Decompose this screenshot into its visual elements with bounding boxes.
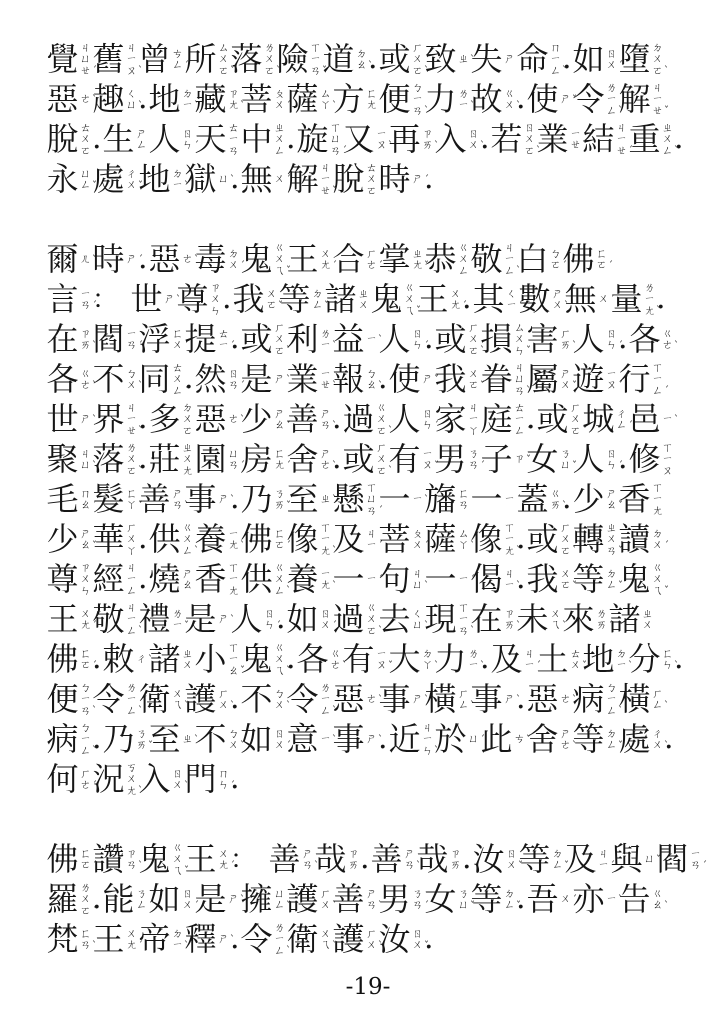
char-cell: 如ㄖㄨˊ	[286, 600, 332, 640]
hanzi: 敬	[470, 240, 503, 280]
hanzi: 中	[240, 120, 273, 160]
zhuyin-annotation: ㄖㄨˇ	[505, 840, 518, 878]
zhuyin-annotation: ㄧㄢˊ	[689, 840, 702, 878]
tone-mark: ˊ	[286, 176, 291, 186]
hanzi: 人	[572, 320, 605, 360]
zhuyin-letter: ㄛˋ	[366, 625, 377, 637]
tone-mark: ˇ	[572, 382, 577, 392]
zhuyin-annotation: ㄍㄨㄛˋ	[365, 600, 378, 638]
hanzi: 佛	[562, 240, 595, 280]
char-cell: 力ㄌㄧˋ	[434, 640, 480, 680]
zhuyin-letter: ㄛˊ	[596, 259, 607, 271]
char-cell: 此ㄘˇ	[480, 720, 526, 760]
zhuyin-letter: ㄥˋ	[606, 105, 617, 117]
zhuyin-letter: ㄠˇ	[274, 419, 285, 431]
char-cell: 像ㄒㄧㄤˋ	[470, 520, 516, 560]
hanzi: 門	[184, 760, 217, 800]
hanzi: 至	[148, 720, 181, 760]
tone-mark: ˇ	[424, 262, 429, 272]
char-cell: 入ㄖㄨˋ	[138, 760, 184, 800]
hanzi: 所	[184, 40, 217, 80]
char-cell: 禮ㄌㄧˇ	[138, 600, 184, 640]
zhuyin-letter: ㄚˋ	[422, 659, 433, 671]
hanzi: 邑	[628, 400, 661, 440]
zhuyin-annotation: ㄐㄧㄝˋ	[125, 400, 138, 438]
text-line: 羅ㄌㄨㄛˊ.能ㄋㄥˊ如ㄖㄨˊ是ㄕˋ擁ㄩㄥˇ護ㄏㄨˋ善ㄕㄢˋ男ㄋㄢˊ女ㄋㄩˇ等ㄉㄥ…	[46, 880, 690, 920]
zhuyin-letter: ㄥˇ	[552, 859, 563, 871]
char-cell: 薩ㄙㄚˋ	[424, 520, 470, 560]
zhuyin-annotation: ㄕㄠ	[181, 560, 194, 598]
char-cell: 天ㄊㄧㄢ	[194, 120, 240, 160]
tone-mark: ˊ	[562, 262, 567, 272]
zhuyin-letter: ㄥˋ	[126, 625, 137, 637]
char-cell: 中ㄓㄨㄥ	[240, 120, 286, 160]
zhuyin-letter: ㄢˋ	[320, 419, 331, 431]
hanzi: 無	[564, 280, 597, 320]
tone-mark: ˇ	[286, 667, 291, 677]
tone-mark: ˋ	[656, 307, 661, 317]
zhuyin-letter: ㄕˋ	[218, 613, 229, 625]
tone-mark: ˇ	[664, 107, 669, 117]
zhuyin-annotation: ㄓㄨ	[357, 280, 370, 318]
tone-mark: ˋ	[470, 542, 475, 552]
hanzi: 現	[424, 600, 457, 640]
char-cell: 各ㄍㄜˋ	[46, 360, 92, 400]
zhuyin-annotation: ㄅㄠˋ	[365, 360, 378, 398]
char-cell: 現ㄒㄧㄢˋ	[424, 600, 470, 640]
zhuyin-letter: ㄛˊ	[80, 905, 91, 917]
punctuation: .	[516, 80, 526, 118]
tone-mark: ˇ	[572, 462, 577, 472]
char-cell: 哉ㄗㄞ	[314, 840, 360, 880]
char-cell: 墮ㄉㄨㄛˋ	[618, 40, 664, 80]
zhuyin-annotation: ㄉㄨˊ	[651, 520, 664, 558]
zhuyin-annotation: ㄕㄥ	[135, 120, 148, 158]
zhuyin-letter: ㄥˊ	[652, 385, 663, 397]
zhuyin-annotation: ㄕˋ	[217, 920, 230, 958]
zhuyin-letter: ㄨˋ	[126, 379, 137, 391]
tone-mark: ˋ	[138, 707, 143, 717]
hanzi: 園	[194, 440, 227, 480]
char-cell: 有ㄧㄡˇ	[388, 440, 434, 480]
zhuyin-letter: ㄧˋ	[504, 579, 515, 591]
text-line: 病ㄅㄧㄥˋ.乃ㄋㄞˇ至ㄓˋ不ㄅㄨˋ如ㄖㄨˊ意ㄧˋ事ㄕˋ.近ㄐㄧㄣˋ於ㄩˊ此ㄘˇ舍…	[46, 720, 690, 760]
tone-mark: ˊ	[92, 502, 97, 512]
zhuyin-letter: ㄧˊ	[458, 573, 469, 585]
char-cell: 白ㄅㄛˊ	[516, 240, 562, 280]
char-cell: 害ㄏㄞˋ	[526, 320, 572, 360]
zhuyin-annotation: ㄐㄧˊ	[523, 640, 536, 678]
zhuyin-annotation: ㄐㄩˋ	[79, 440, 92, 478]
zhuyin-letter: ㄢˊ	[366, 505, 377, 517]
tone-mark: ˋ	[332, 382, 337, 392]
char-cell: 在ㄗㄞˋ	[46, 320, 92, 360]
tone-mark: ˋ	[664, 902, 669, 912]
char-cell: 能ㄋㄥˊ	[102, 880, 148, 920]
hanzi: 力	[434, 640, 467, 680]
char-cell: 子ㄗˇ	[480, 440, 526, 480]
zhuyin-letter: ㄤˊ	[320, 259, 331, 271]
char-cell: 業ㄧㄝˋ	[536, 120, 582, 160]
zhuyin-letter: ㄟˇ	[172, 865, 183, 877]
zhuyin-annotation: ㄕ	[503, 40, 516, 78]
char-cell: 或ㄏㄨㄛˋ	[526, 520, 572, 560]
hanzi: 多	[148, 400, 181, 440]
zhuyin-letter: ㄜˋ	[560, 739, 571, 751]
zhuyin-annotation: ㄉㄨˊ	[227, 240, 240, 278]
zhuyin-annotation: ㄧˋ	[319, 720, 332, 758]
hanzi: 意	[286, 720, 319, 760]
tone-mark: ˋ	[92, 942, 97, 952]
punctuation: .	[360, 840, 370, 878]
char-cell: 舍ㄕㄜˋ	[286, 440, 332, 480]
zhuyin-annotation: ㄍㄨㄟˇ	[273, 240, 286, 278]
zhuyin-letter: ㄢˊ	[228, 379, 239, 391]
zhuyin-annotation: ㄧˊ	[503, 480, 516, 518]
tone-mark: ˋ	[536, 147, 541, 157]
zhuyin-annotation: ㄐㄧㄝˇ	[651, 80, 664, 118]
char-cell: 世ㄕˋ	[130, 280, 176, 320]
zhuyin-annotation: ㄒㄧㄥˊ	[651, 360, 664, 398]
punctuation: .	[674, 640, 684, 678]
zhuyin-letter: ㄚ	[126, 545, 137, 557]
zhuyin-annotation: ㄍㄞˋ	[549, 480, 562, 518]
hanzi: 帝	[138, 920, 171, 960]
zhuyin-letter: ㄥˇ	[80, 179, 91, 191]
zhuyin-letter: ㄕˊ	[412, 173, 423, 185]
hanzi: 生	[102, 120, 135, 160]
zhuyin-annotation: ㄖㄢˊ	[227, 360, 240, 398]
tone-mark: ˊ	[230, 342, 235, 352]
zhuyin-annotation: ㄧㄤˋ	[227, 520, 240, 558]
zhuyin-annotation: ㄒㄧㄢˋ	[457, 600, 470, 638]
zhuyin-annotation: ㄏㄨㄛˋ	[569, 400, 582, 438]
text-line: 佛ㄈㄛˊ讚ㄗㄢˋ鬼ㄍㄨㄟˇ王ㄨㄤˊ：善ㄕㄢˋ哉ㄗㄞ.善ㄕㄢˋ哉ㄗㄞ.汝ㄖㄨˇ等ㄉ…	[46, 840, 690, 880]
zhuyin-annotation: ㄧˊ	[365, 560, 378, 598]
zhuyin-letter: ㄤˇ	[412, 259, 423, 271]
hanzi: 時	[378, 160, 411, 200]
tone-mark: ˊ	[378, 542, 383, 552]
char-cell: 少ㄕㄠˇ	[46, 520, 92, 560]
zhuyin-annotation: ㄧㄤˋ	[319, 560, 332, 598]
zhuyin-letter: ㄥˊ	[514, 425, 525, 437]
zhuyin-annotation: ㄏㄨㄛˋ	[467, 320, 480, 358]
zhuyin-annotation: ㄕˋ	[79, 400, 92, 438]
zhuyin-annotation: ㄏㄨㄛˋ	[273, 320, 286, 358]
hanzi: 浮	[138, 320, 171, 360]
char-cell: 家ㄐㄧㄚ	[434, 400, 480, 440]
zhuyin-annotation: ㄖㄨㄛˋ	[523, 120, 536, 158]
tone-mark: ˊ	[342, 147, 347, 157]
hanzi: 一	[470, 480, 503, 520]
hanzi: 恭	[424, 240, 457, 280]
tone-mark: ˋ	[378, 902, 383, 912]
zhuyin-letter: ㄩˇ	[644, 853, 655, 865]
zhuyin-annotation: ㄓㄨㄤ	[181, 440, 194, 478]
zhuyin-annotation: ㄑㄩˋ	[125, 80, 138, 118]
tone-mark: ˊ	[480, 462, 485, 472]
hanzi: 是	[194, 880, 227, 920]
tone-mark: ˊ	[434, 422, 439, 432]
char-cell: 王ㄨㄤˊ	[416, 280, 462, 320]
hanzi: 華	[92, 520, 125, 560]
punctuation: .	[286, 120, 296, 158]
zhuyin-letter: ㄟˋ	[320, 939, 331, 951]
tone-mark: ˊ	[184, 62, 189, 72]
hanzi: 羅	[46, 880, 79, 920]
zhuyin-annotation: ㄧˋ	[605, 880, 618, 918]
hanzi: 莊	[148, 440, 181, 480]
tone-mark: ˋ	[572, 742, 577, 752]
tone-mark: ˋ	[424, 622, 429, 632]
zhuyin-annotation: ㄐㄧㄥˋ	[125, 600, 138, 638]
zhuyin-letter: ㄚ	[468, 425, 479, 437]
zhuyin-letter: ㄜˋ	[330, 659, 341, 671]
zhuyin-annotation: ㄊㄧㄢ	[227, 120, 240, 158]
tone-mark: ˇ	[424, 942, 429, 952]
zhuyin-letter: ㄘˇ	[514, 733, 525, 745]
zhuyin-letter: ㄠˇ	[80, 539, 91, 551]
char-cell: 佛ㄈㄛˊ	[562, 240, 608, 280]
char-cell: 王ㄨㄤˊ	[184, 840, 230, 880]
char-cell: 鬼ㄍㄨㄟˇ	[240, 240, 286, 280]
zhuyin-annotation: ㄧˋ	[661, 400, 674, 438]
zhuyin-annotation: ㄨˊ	[597, 280, 610, 318]
char-cell: 意ㄧˋ	[286, 720, 332, 760]
zhuyin-annotation: ㄓㄨㄥˋ	[661, 120, 674, 158]
zhuyin-letter: ㄤˋ	[320, 545, 331, 557]
char-cell: 數ㄕㄨˋ	[518, 280, 564, 320]
char-cell: 險ㄒㄧㄢˇ	[276, 40, 322, 80]
zhuyin-letter: ㄝˇ	[320, 185, 331, 197]
char-cell: 像ㄒㄧㄤˋ	[286, 520, 332, 560]
tone-mark: ˋ	[674, 342, 679, 352]
zhuyin-letter: ㄢˊ	[468, 459, 479, 471]
tone-mark: ˋ	[138, 67, 143, 77]
char-cell: 男ㄋㄢˊ	[378, 880, 424, 920]
zhuyin-annotation: ㄋㄩˇ	[457, 880, 470, 918]
tone-mark: ˋ	[332, 102, 337, 112]
char-cell: 護ㄏㄨˋ	[184, 680, 230, 720]
text-line: 各ㄍㄜˋ不ㄅㄨˋ同ㄊㄨㄥˊ.然ㄖㄢˊ是ㄕˋ業ㄧㄝˋ報ㄅㄠˋ.使ㄕˇ我ㄨㄛˇ眷ㄐㄩ…	[46, 360, 690, 400]
char-cell: 善ㄕㄢˋ	[332, 880, 378, 920]
hanzi: 獄	[184, 160, 217, 200]
zhuyin-letter: ㄤˋ	[504, 545, 515, 557]
zhuyin-letter: ㄜˋ	[662, 339, 673, 351]
zhuyin-letter: ㄧˊ	[598, 859, 609, 871]
char-cell: 眷ㄐㄩㄢˋ	[480, 360, 526, 400]
tone-mark: ˋ	[516, 267, 521, 277]
tone-mark: ˋ	[138, 627, 143, 637]
hanzi: 汝	[472, 840, 505, 880]
tone-mark: ˋ	[674, 416, 679, 426]
zhuyin-letter: ㄣˇ	[514, 345, 525, 357]
char-cell: 恭ㄍㄨㄥ	[424, 240, 470, 280]
text-line: 便ㄅㄧㄢˋ令ㄌㄧㄥˋ衛ㄨㄟˋ護ㄏㄨˋ.不ㄅㄨˋ令ㄌㄧㄥˋ惡ㄜˋ事ㄕˋ橫ㄏㄥˋ事ㄕ…	[46, 680, 690, 720]
tone-mark: ˇ	[582, 662, 587, 672]
hanzi: 未	[516, 600, 549, 640]
zhuyin-annotation: ㄕㄢˋ	[365, 880, 378, 918]
tone-mark: ˇ	[526, 736, 531, 746]
zhuyin-annotation: ㄉㄥˇ	[605, 560, 618, 598]
hanzi: 與	[610, 840, 643, 880]
tone-mark: ˋ	[664, 67, 669, 77]
zhuyin-annotation: ㄐㄩㄢˋ	[513, 360, 526, 398]
char-cell: 敬ㄐㄧㄥˋ	[470, 240, 516, 280]
zhuyin-letter: ㄨˋ	[468, 139, 479, 151]
hanzi: 等	[278, 280, 311, 320]
zhuyin-annotation: ㄌㄞˊ	[595, 600, 608, 638]
hanzi: 使	[388, 360, 421, 400]
hanzi: 事	[470, 680, 503, 720]
zhuyin-letter: ㄨˋ	[218, 699, 229, 711]
hanzi: 家	[434, 400, 467, 440]
zhuyin-letter: ㄣˋ	[662, 659, 673, 671]
zhuyin-annotation: ㄏㄞˋ	[559, 320, 572, 358]
zhuyin-annotation: ㄅㄧㄢˋ	[79, 680, 92, 718]
zhuyin-letter: ㄤˊ	[218, 859, 229, 871]
tone-mark: ˋ	[332, 707, 337, 717]
spacer	[250, 854, 268, 855]
char-cell: 世ㄕˋ	[46, 400, 92, 440]
zhuyin-letter: ㄩˋ	[412, 579, 423, 591]
zhuyin-annotation: ㄉㄧˋ	[171, 160, 184, 198]
char-cell: 護ㄏㄨˋ	[332, 920, 378, 960]
tone-mark: ˊ	[286, 102, 291, 112]
tone-mark: ˊ	[138, 942, 143, 952]
text-line: 王ㄨㄤˊ敬ㄐㄧㄥˋ禮ㄌㄧˇ是ㄕˋ人ㄖㄣˊ.如ㄖㄨˊ過ㄍㄨㄛˋ去ㄑㄩˋ現ㄒㄧㄢˋ在…	[46, 600, 690, 640]
punctuation: .	[378, 360, 388, 398]
char-cell: 業ㄧㄝˋ	[286, 360, 332, 400]
zhuyin-annotation: ㄧㄡˇ	[375, 640, 388, 678]
zhuyin-letter: ㄛˊ	[80, 859, 91, 871]
char-cell: 羅ㄌㄨㄛˊ	[46, 880, 92, 920]
zhuyin-letter: ㄟˇ	[274, 665, 285, 677]
tone-mark: ˊ	[230, 862, 235, 872]
char-cell: 懸ㄒㄩㄢˊ	[332, 480, 378, 520]
zhuyin-letter: ㄜˋ	[182, 253, 193, 265]
zhuyin-letter: ㄛˋ	[412, 65, 423, 77]
tone-mark: ˋ	[526, 387, 531, 397]
zhuyin-letter: ㄛˋ	[652, 65, 663, 77]
hanzi: 等	[470, 880, 503, 920]
tone-mark: ˋ	[332, 582, 337, 592]
zhuyin-letter: ㄛˇ	[560, 579, 571, 591]
zhuyin-annotation: ㄈㄢˋ	[79, 920, 92, 958]
zhuyin-letter: ㄜˋ	[228, 413, 239, 425]
char-cell: 舊ㄐㄧㄡˋ	[92, 40, 138, 80]
zhuyin-letter: ㄨˊ	[182, 899, 193, 911]
zhuyin-annotation: ㄈㄛˊ	[79, 640, 92, 678]
char-cell: 利ㄌㄧˋ	[286, 320, 332, 360]
char-cell: 便ㄅㄧㄢˋ	[46, 680, 92, 720]
zhuyin-annotation: ㄐㄧㄣˋ	[421, 720, 434, 758]
page-number: -19-	[46, 972, 690, 1002]
zhuyin-annotation: ㄙㄚˋ	[319, 80, 332, 118]
zhuyin-annotation: ㄌㄧㄥˋ	[319, 680, 332, 718]
char-cell: 無ㄨˊ	[564, 280, 610, 320]
char-cell: 人ㄖㄣˊ	[230, 600, 276, 640]
tone-mark: ˊ	[148, 902, 153, 912]
char-cell: 獄ㄩˋ	[184, 160, 230, 200]
zhuyin-annotation: ㄧㄢˊ	[79, 280, 92, 318]
char-cell: 多ㄉㄨㄛ	[148, 400, 194, 440]
tone-mark: ˊ	[572, 896, 577, 906]
char-cell: 菩ㄆㄨˊ	[378, 520, 424, 560]
char-cell: 我ㄨㄛˇ	[434, 360, 480, 400]
char-cell: 一ㄧˊ	[424, 560, 470, 600]
text-line: 爾ㄦˇ時ㄕˊ.惡ㄜˋ毒ㄉㄨˊ鬼ㄍㄨㄟˇ王ㄨㄤˊ合ㄏㄜˊ掌ㄓㄤˇ恭ㄍㄨㄥ敬ㄐㄧㄥˋ…	[46, 240, 690, 280]
hanzi: 或	[526, 520, 559, 560]
zhuyin-letter: ㄧˋ	[320, 339, 331, 351]
tone-mark: ˋ	[138, 467, 143, 477]
tone-mark: ˋ	[184, 942, 189, 952]
hanzi: 報	[332, 360, 365, 400]
hanzi: 有	[342, 640, 375, 680]
zhuyin-annotation: ㄌㄨㄛˊ	[79, 880, 92, 918]
char-cell: 房ㄈㄤˊ	[240, 440, 286, 480]
tone-mark: ˋ	[434, 142, 439, 152]
hanzi: 土	[536, 640, 569, 680]
zhuyin-letter: ㄜˋ	[320, 459, 331, 471]
hanzi: 小	[194, 640, 227, 680]
text-line: 惡ㄜˋ趣ㄑㄩˋ.地ㄉㄧˋ藏ㄗㄤˋ菩ㄆㄨˊ薩ㄙㄚˋ方ㄈㄤ便ㄅㄧㄢˋ力ㄌㄧˋ故ㄍㄨˋ…	[46, 80, 690, 120]
punctuation: .	[222, 280, 232, 318]
char-cell: 過ㄍㄨㄛˋ	[332, 600, 378, 640]
hanzi: 何	[46, 760, 79, 800]
zhuyin-annotation: ㄖㄣˊ	[181, 120, 194, 158]
char-cell: 我ㄨㄛˇ	[232, 280, 278, 320]
char-cell: 大ㄉㄚˋ	[388, 640, 434, 680]
tone-mark: ˋ	[332, 496, 337, 506]
text-line: 覺ㄐㄩㄝˊ舊ㄐㄧㄡˋ曾ㄘㄥˊ所ㄙㄨㄛˇ落ㄌㄨㄛˋ險ㄒㄧㄢˇ道ㄉㄠˋ.或ㄏㄨㄛˋ致…	[46, 40, 690, 80]
hanzi: 過	[342, 400, 375, 440]
zhuyin-letter: ㄢˇ	[310, 65, 321, 77]
tone-mark: ˊ	[610, 862, 615, 872]
hanzi: 永	[46, 160, 79, 200]
zhuyin-annotation: ㄇㄣˊ	[217, 760, 230, 798]
hanzi: 來	[562, 600, 595, 640]
hanzi: 數	[518, 280, 551, 320]
tone-mark: ˇ	[138, 502, 143, 512]
zhuyin-annotation: ㄐㄧㄥˋ	[503, 240, 516, 278]
tone-mark: ˊ	[92, 782, 97, 792]
tone-mark: ˋ	[572, 547, 577, 557]
tone-mark: ˋ	[332, 342, 337, 352]
punctuation: .	[332, 400, 342, 438]
zhuyin-annotation: ㄋㄢˊ	[467, 440, 480, 478]
hanzi: 各	[296, 640, 329, 680]
char-cell: 又ㄧㄡˋ	[342, 120, 388, 160]
char-cell: 令ㄌㄧㄥˋ	[92, 680, 138, 720]
tone-mark: ˋ	[332, 902, 337, 912]
char-cell: 不ㄅㄨˋ	[194, 720, 240, 760]
sutra-text: 覺ㄐㄩㄝˊ舊ㄐㄧㄡˋ曾ㄘㄥˊ所ㄙㄨㄛˇ落ㄌㄨㄛˋ險ㄒㄧㄢˇ道ㄉㄠˋ.或ㄏㄨㄛˋ致…	[46, 40, 690, 960]
char-cell: 經ㄐㄧㄥ	[92, 560, 138, 600]
char-cell: 鬼ㄍㄨㄟˇ	[370, 280, 416, 320]
zhuyin-letter: ㄕˋ	[80, 413, 91, 425]
tone-mark: ˇ	[286, 422, 291, 432]
hanzi: 分	[628, 640, 661, 680]
zhuyin-letter: ㄧˋ	[606, 893, 617, 905]
hanzi: 各	[628, 320, 661, 360]
zhuyin-annotation: ㄕㄢˋ	[171, 480, 184, 518]
char-cell: 或ㄏㄨㄛˋ	[240, 320, 286, 360]
hanzi: 哉	[416, 840, 449, 880]
tone-mark: ˇ	[322, 67, 327, 77]
hanzi: 處	[92, 160, 125, 200]
zhuyin-letter: ㄥˋ	[458, 699, 469, 711]
